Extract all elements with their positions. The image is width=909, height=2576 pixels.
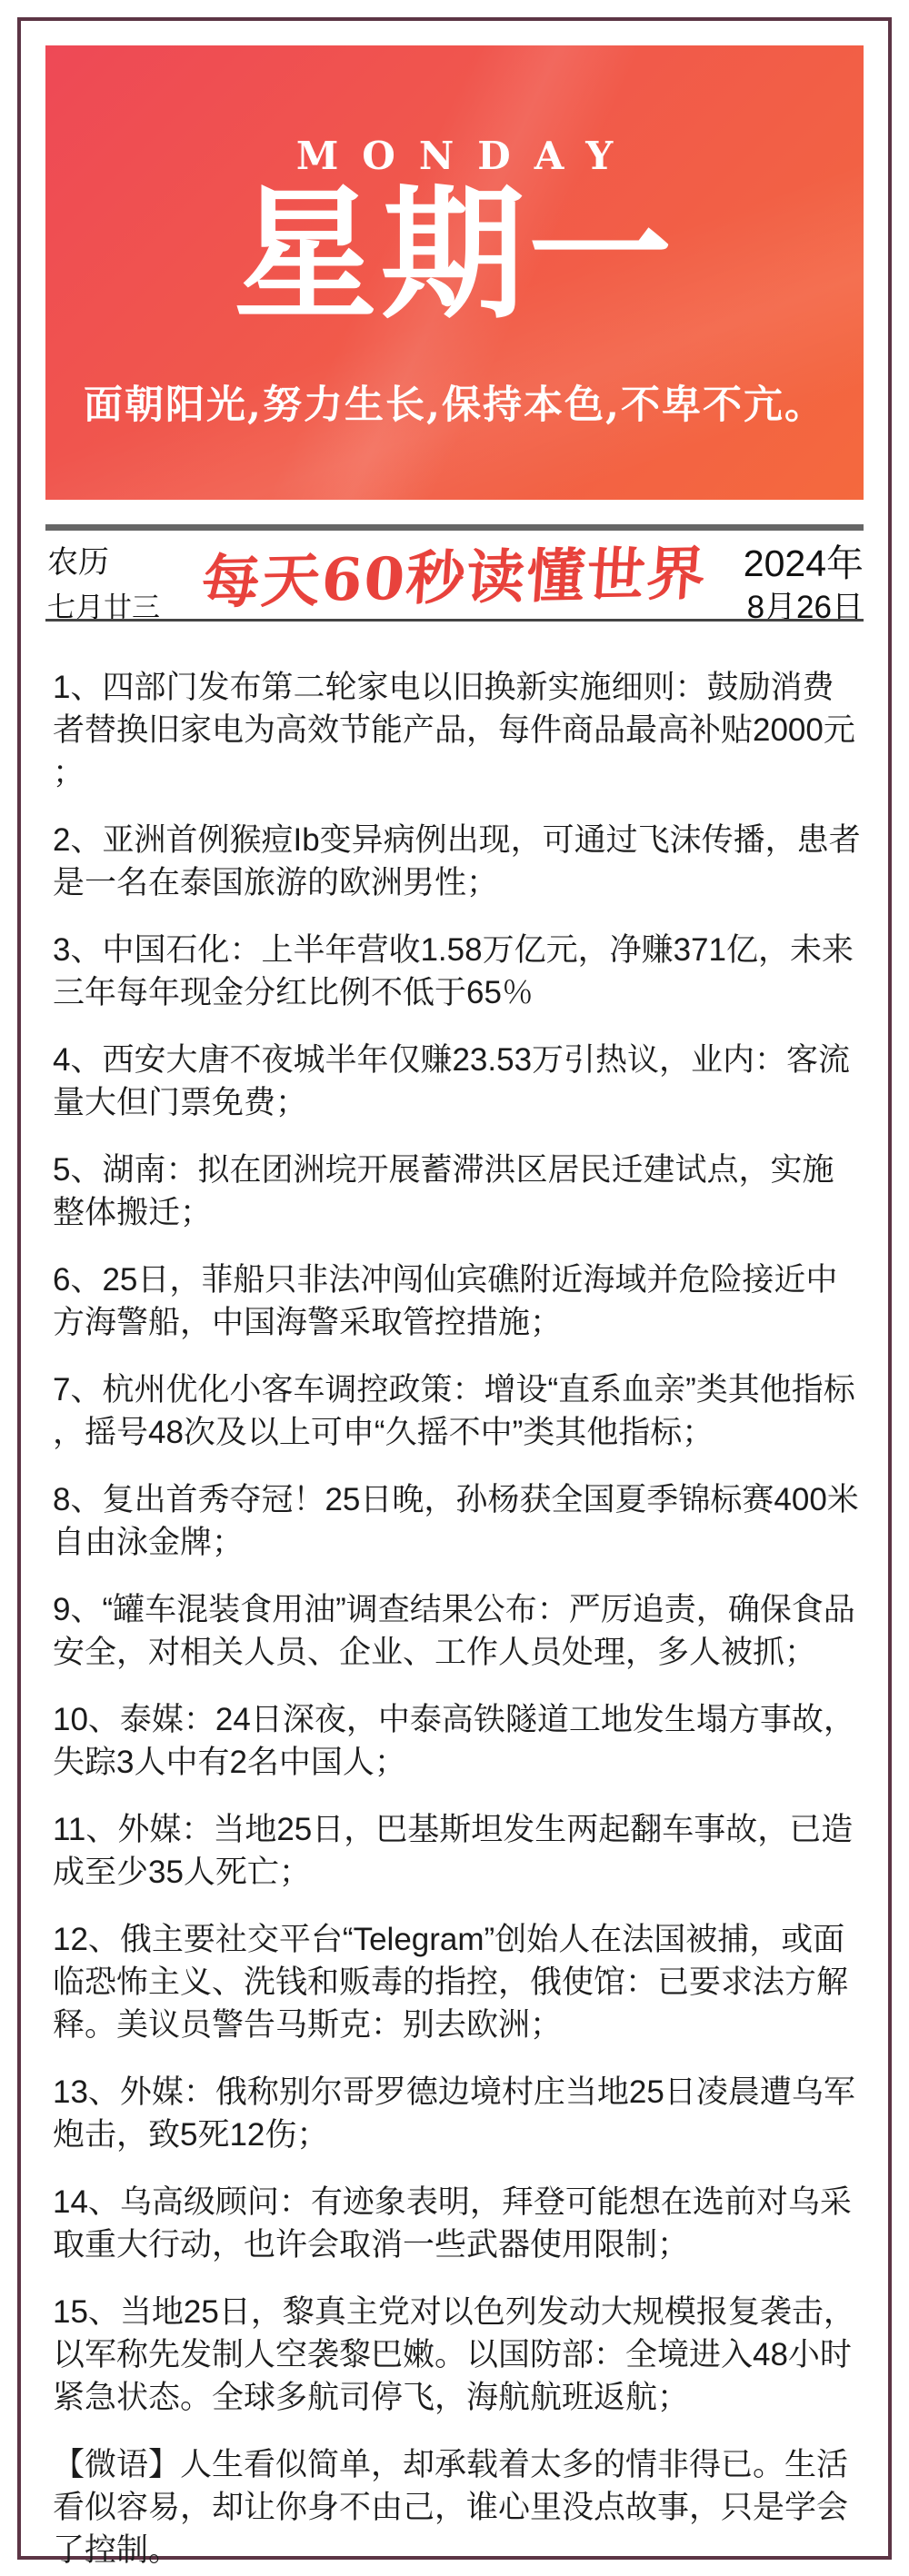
calendar-band: 农历 七月廿三 每天60秒读懂世界 2024年 8月26日 xyxy=(45,524,864,624)
news-item: 4、西安大唐不夜城半年仅赚23.53万引热议，业内：客流量大但门票免费； xyxy=(53,1039,864,1124)
news-item: 8、复出首秀夺冠！25日晚，孙杨获全国夏季锦标赛400米自由泳金牌； xyxy=(53,1478,864,1564)
news-item: 1、四部门发布第二轮家电以旧换新实施细则：鼓励消费者替换旧家电为高效节能产品，每… xyxy=(53,666,864,794)
news-list: 1、四部门发布第二轮家电以旧换新实施细则：鼓励消费者替换旧家电为高效节能产品，每… xyxy=(53,666,864,2571)
news-item: 14、乌高级顾问：有迹象表明，拜登可能想在选前对乌采取重大行动，也许会取消一些武… xyxy=(53,2181,864,2266)
daily-motto: 面朝阳光,努力生长,保持本色,不卑不亢。 xyxy=(45,374,864,430)
divider-line-bottom xyxy=(45,619,864,622)
header-card: MONDAY 星期一 面朝阳光,努力生长,保持本色,不卑不亢。 xyxy=(45,45,864,500)
lunar-calendar-label: 农历 xyxy=(47,537,109,582)
news-item: 7、杭州优化小客车调控政策：增设“直系血亲”类其他指标，摇号48次及以上可申“久… xyxy=(53,1368,864,1454)
news-item: 2、亚洲首例猴痘Ib变异病例出现，可通过飞沫传播，患者是一名在泰国旅游的欧洲男性… xyxy=(53,819,864,904)
news-item: 12、俄主要社交平台“Telegram”创始人在法国被捕，或面临恐怖主义、洗钱和… xyxy=(53,1918,864,2046)
calendar-year: 2024年 xyxy=(744,533,864,587)
news-item: 13、外媒：俄称别尔哥罗德边境村庄当地25日凌晨遭乌军炮击，致5死12伤； xyxy=(53,2071,864,2156)
news-item: 9、“罐车混装食用油”调查结果公布：严厉追责，确保食品安全，对相关人员、企业、工… xyxy=(53,1588,864,1674)
news-item: 15、当地25日，黎真主党对以色列发动大规模报复袭击，以军称先发制人空袭黎巴嫩。… xyxy=(53,2291,864,2419)
news-item: 5、湖南：拟在团洲垸开展蓄滞洪区居民迁建试点，实施整体搬迁； xyxy=(53,1149,864,1234)
micro-words-note: 【微语】人生看似简单，却承载着太多的情非得已。生活看似容易，却让你身不由己，谁心… xyxy=(53,2443,864,2571)
news-item: 10、泰媒：24日深夜，中泰高铁隧道工地发生塌方事故，失踪3人中有2名中国人； xyxy=(53,1698,864,1784)
news-item: 6、25日，菲船只非法冲闯仙宾礁附近海域并危险接近中方海警船，中国海警采取管控措… xyxy=(53,1258,864,1344)
news-item: 3、中国石化：上半年营收1.58万亿元，净赚371亿，未来三年每年现金分红比例不… xyxy=(53,929,864,1014)
divider-bar-top xyxy=(45,524,864,531)
page-title: 每天60秒读懂世界 xyxy=(199,527,710,620)
weekday-chinese: 星期一 xyxy=(45,184,864,327)
news-item: 11、外媒：当地25日，巴基斯坦发生两起翻车事故，已造成至少35人死亡； xyxy=(53,1808,864,1894)
daily-news-poster: MONDAY 星期一 面朝阳光,努力生长,保持本色,不卑不亢。 农历 七月廿三 … xyxy=(0,0,909,2576)
